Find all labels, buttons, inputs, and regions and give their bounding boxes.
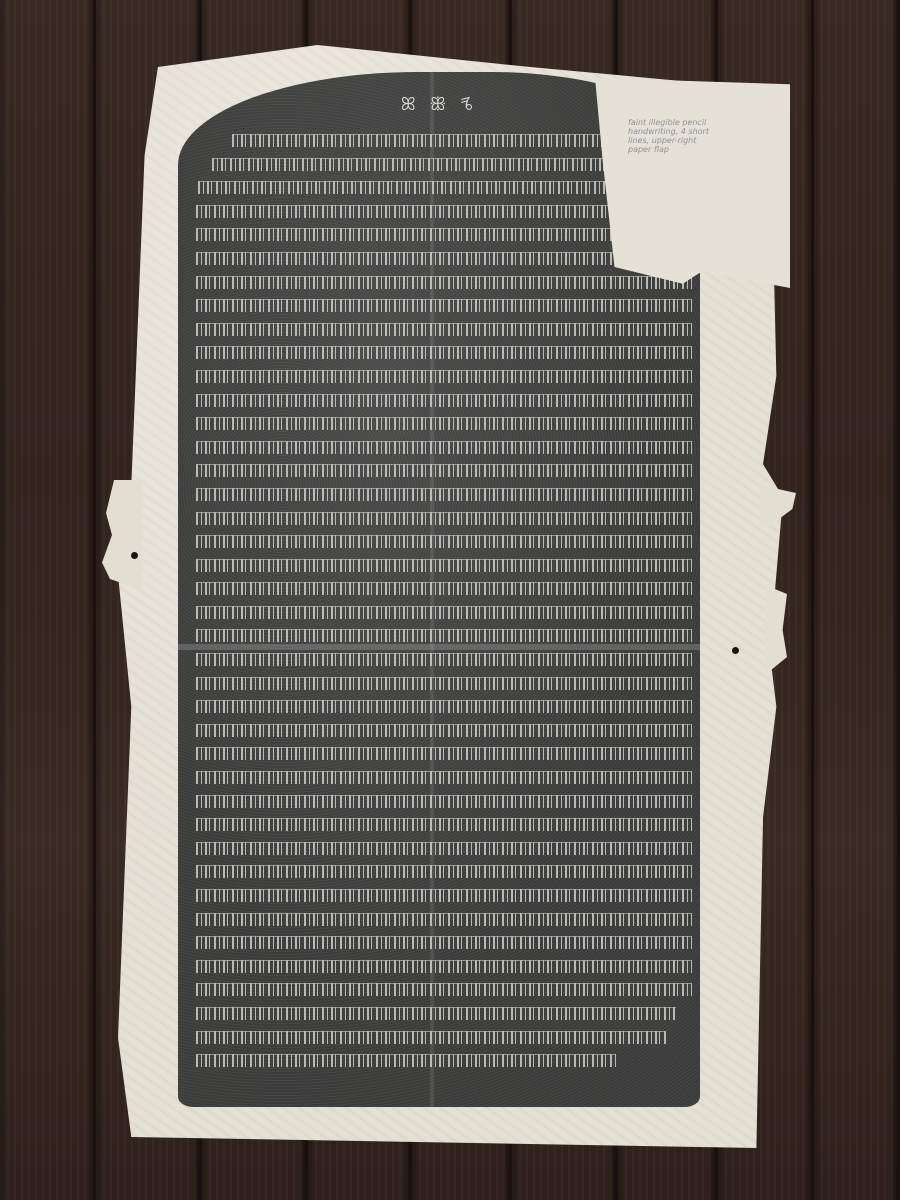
inscription-line <box>192 861 692 881</box>
inscription-line <box>192 342 692 362</box>
inscription-line <box>192 1027 692 1047</box>
inscription-line <box>192 437 692 457</box>
inscription-line <box>192 484 692 504</box>
inscription-line <box>192 979 692 999</box>
inscription-line <box>192 390 692 410</box>
inscription-line <box>192 295 692 315</box>
inscription-line <box>192 743 692 763</box>
inscription-line <box>192 885 692 905</box>
folded-paper-flap <box>595 78 790 288</box>
inscription-line <box>192 555 692 575</box>
inscription-line <box>192 625 692 645</box>
paper-hole <box>131 552 138 559</box>
inscription-line <box>192 956 692 976</box>
inscription-line <box>192 413 692 433</box>
inscription-line <box>192 649 692 669</box>
inscription-line <box>192 696 692 716</box>
inscription-line <box>192 932 692 952</box>
inscription-line <box>192 909 692 929</box>
plank <box>0 0 96 1200</box>
inscription-text-block <box>192 130 692 1074</box>
plank <box>814 0 900 1200</box>
inscription-line <box>192 814 692 834</box>
inscription-line <box>192 1003 692 1023</box>
inscription-line <box>192 460 692 480</box>
inscription-line <box>192 673 692 693</box>
inscription-line <box>192 578 692 598</box>
inscription-line <box>192 531 692 551</box>
inscription-line <box>192 508 692 528</box>
inscription-line <box>192 272 692 292</box>
inscription-line <box>192 838 692 858</box>
paper-hole <box>732 647 739 654</box>
inscription-line <box>192 319 692 339</box>
inscription-line <box>192 767 692 787</box>
inscription-line <box>192 366 692 386</box>
inscription-line <box>192 720 692 740</box>
inscription-line <box>192 602 692 622</box>
pencil-annotation: faint illegible pencil handwriting, 4 sh… <box>628 118 718 154</box>
inscription-line <box>192 1050 692 1070</box>
inscription-line <box>192 791 692 811</box>
